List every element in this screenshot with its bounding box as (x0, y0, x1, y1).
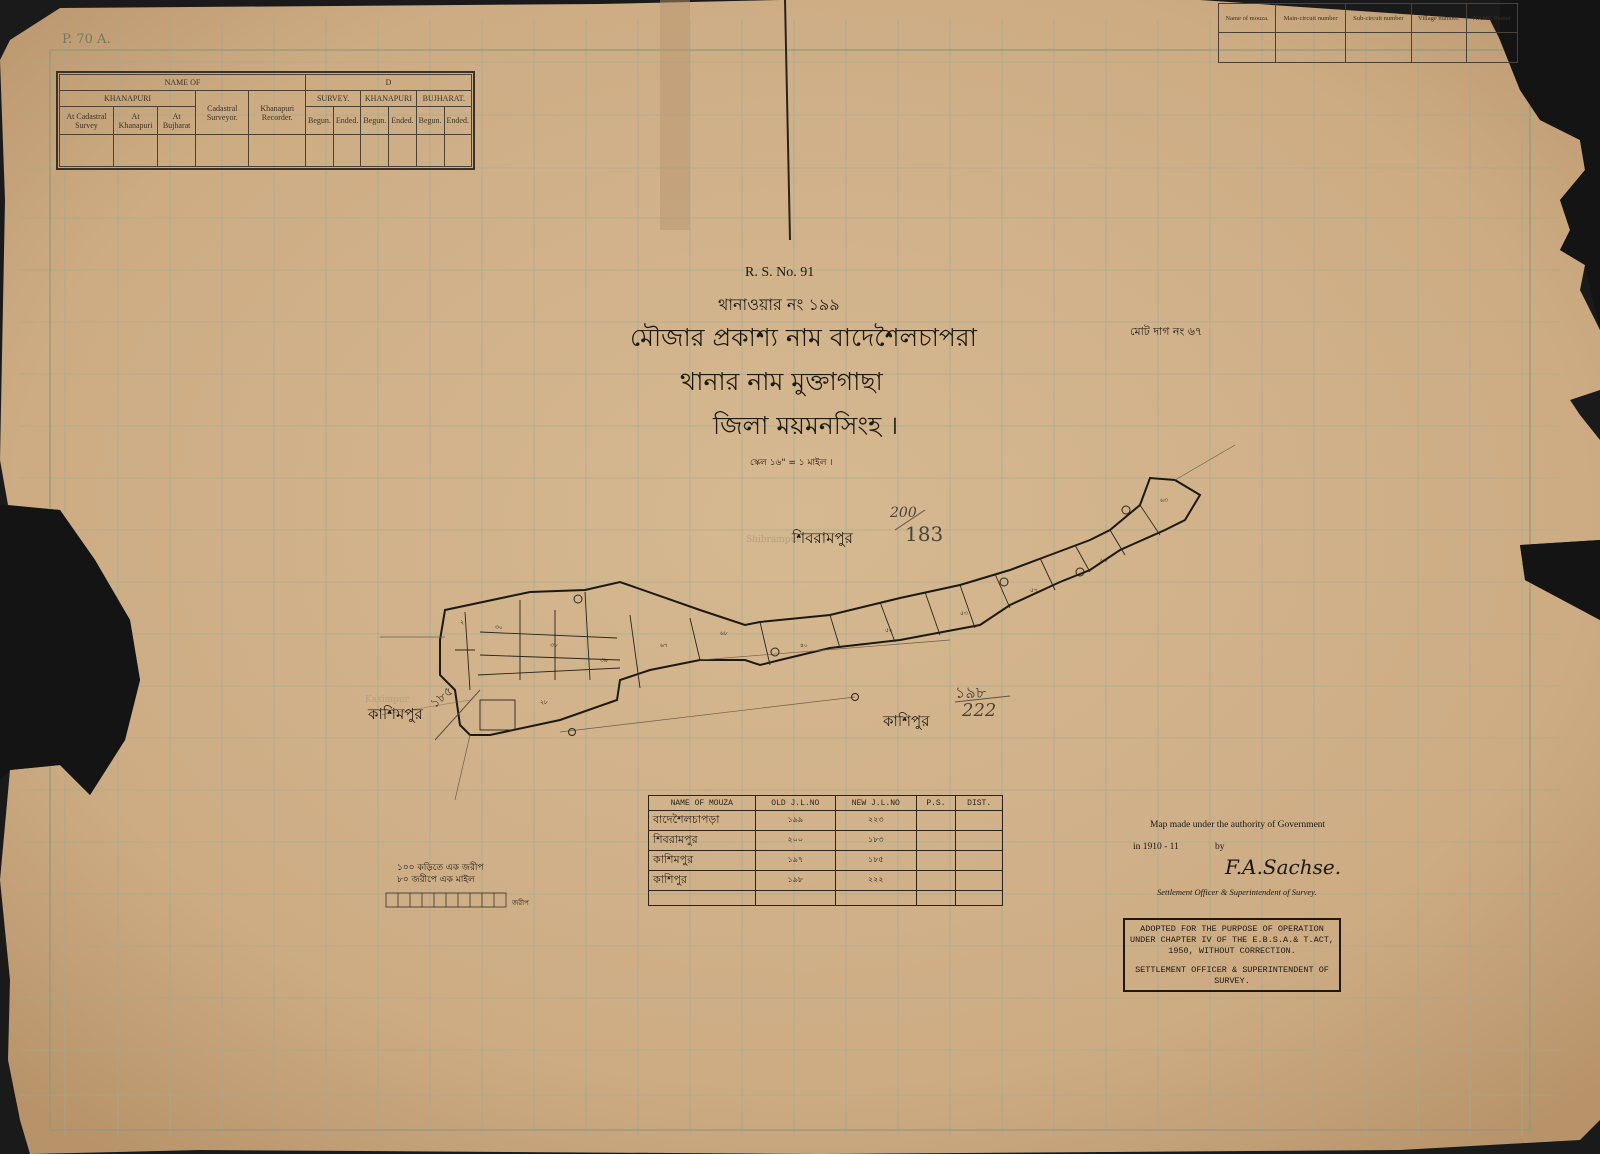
header-group-dates: D (305, 75, 471, 91)
header-col: Begun. (416, 107, 444, 135)
header-subgroup: KHANAPURI (60, 91, 196, 107)
mouza-name-title: মৌজার প্রকাশ্য নাম বাদেশৈলচাপরা (630, 318, 977, 361)
mouza-table-row: বাদেশৈলচাপড়া ১৯৯ ২২৩ (649, 811, 1003, 831)
circuit-col: Main-circuit number (1276, 4, 1346, 33)
mouza-table-header: NAME OF MOUZA (649, 796, 756, 811)
circuit-col: Village number. (1411, 4, 1466, 33)
sheet-corner-label: P. 70 A. (62, 32, 111, 47)
district-title: জিলা ময়মনসিংহ । (713, 406, 898, 449)
authority-by: by (1215, 842, 1225, 852)
thana-wise-number: থানাওয়ার নং ১৯৯ (718, 292, 840, 319)
mouza-table-row: শিবরামপুর ২০০ ১৮৩ (649, 831, 1003, 851)
adoption-stamp: ADOPTED FOR THE PURPOSE OF OPERATION UND… (1123, 918, 1341, 992)
mouza-table-row: কাশিপুর ১৯৮ ২২২ (649, 871, 1003, 891)
header-col: Ended. (333, 107, 360, 135)
header-col: Ended. (444, 107, 471, 135)
scale-bar-end-label: জরীপ (512, 897, 529, 909)
header-col: Begun. (361, 107, 389, 135)
mouza-table-header: NEW J.L.NO (836, 796, 916, 811)
pencil-annotation: 222 (962, 700, 996, 721)
header-subgroup: KHANAPURI (361, 91, 416, 107)
header-col: Begun. (305, 107, 333, 135)
officer-signature: F.A.Sachse. (1225, 855, 1341, 879)
pencil-annotation: 200 (890, 505, 917, 521)
thana-name-title: থানার নাম মুক্তাগাছা (680, 362, 883, 405)
village-label-kashipur: কাশিপুর (883, 710, 929, 735)
mouza-table-row (649, 891, 1003, 906)
mouza-table-row: কাশিমপুর ১৯৭ ১৮৫ (649, 851, 1003, 871)
mouza-reference-table: NAME OF MOUZA OLD J.L.NO NEW J.L.NO P.S.… (648, 795, 1003, 906)
circuit-col: NAME Plotter (1466, 4, 1517, 33)
header-col: Cadastral Surveyor. (196, 91, 249, 135)
total-plots-label: মোট দাগ নং ৬৭ (1130, 323, 1202, 342)
header-group-name: NAME OF (60, 75, 306, 91)
mouza-table-header: DIST. (956, 796, 1003, 811)
header-col: Ended. (389, 107, 416, 135)
header-col: At Khanapuri (113, 107, 157, 135)
authority-year: in 1910 - 11 (1133, 842, 1179, 852)
village-label-kasimpur: কাশিমপুর (368, 703, 423, 728)
authority-line: Map made under the authority of Governme… (1150, 820, 1325, 830)
village-label-shibrampur: শিবরামপুর (792, 527, 853, 552)
cadastral-map-sheet: P. 70 A. NAME OF D KHANAPURI Cadastral S… (0, 0, 1600, 1154)
header-col: Khanapuri Recorder. (249, 91, 306, 135)
officer-title: Settlement Officer & Superintendent of S… (1157, 887, 1317, 897)
header-col: At Cadastral Survey (60, 107, 114, 135)
circuit-table: Name of mouza. Main-circuit number Sub-c… (1218, 3, 1518, 63)
survey-header-table: NAME OF D KHANAPURI Cadastral Surveyor. … (59, 74, 472, 167)
mouza-table-header: P.S. (916, 796, 956, 811)
pencil-annotation: 183 (905, 522, 943, 546)
map-paper-and-grid (0, 0, 1600, 1154)
mouza-table-header: OLD J.L.NO (755, 796, 835, 811)
header-subgroup: SURVEY. (305, 91, 360, 107)
circuit-col: Name of mouza. (1219, 4, 1276, 33)
header-subgroup: BUJHARAT. (416, 91, 471, 107)
circuit-col: Sub-circuit number (1346, 4, 1412, 33)
scale-statement: স্কেল ১৬" = ১ মাইল । (750, 455, 833, 470)
header-col: At Bujharat (158, 107, 196, 135)
scale-bar-line2: ৮০ জরীপে এক মাইল (397, 872, 475, 887)
rs-number: R. S. No. 91 (745, 265, 814, 281)
